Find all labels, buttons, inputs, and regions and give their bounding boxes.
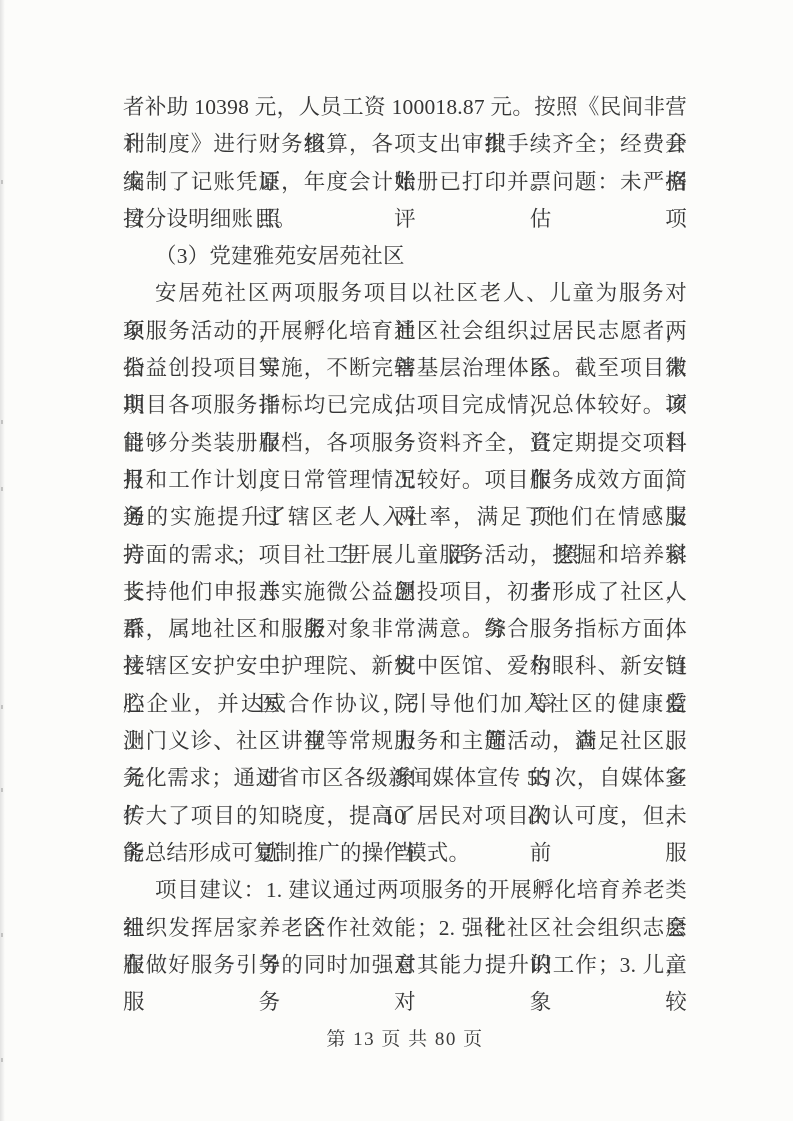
text-line: 报和工作计划，日常管理情况较好。项目服务成效方面，通过两项服	[123, 462, 687, 499]
scan-speck	[1, 788, 3, 792]
text-line: 编制了记账凭证，年度会计账册已打印并。问题：未严格按照评估项	[123, 164, 687, 201]
text-line: 项服务活动的开展孵化培育社区社会组织、居民志愿者，指导辖区微	[123, 313, 687, 350]
scan-speck	[1, 180, 3, 184]
text-line: 系，属地社区和服务对象非常满意。综合服务指标方面，社工机构链	[123, 611, 687, 648]
text-line: 项目建议：1. 建议通过两项服务的开展孵化培育养老类社区社会	[123, 872, 687, 909]
text-line: 方面的需求；项目社工开展儿童服务活动，挖掘和培养家长志愿者，	[123, 537, 687, 574]
text-line: 计制度》进行财务核算，各项支出审批手续齐全；经费开支原始票据	[123, 126, 687, 163]
scan-speck	[1, 933, 3, 937]
text-line: 者补助 10398 元，人员工资 100018.87 元。按照《民间非营利组织会	[123, 89, 687, 126]
scan-speck	[1, 487, 3, 491]
scan-speck	[1, 420, 3, 424]
text-line: 组织发挥居家养老合作社效能；2. 强化社区社会组织志愿服务意识，	[123, 910, 687, 947]
text-line: 在做好服务引导的同时加强对其能力提升的工作；3. 儿童服务对象较	[123, 947, 687, 984]
document-body: 者补助 10398 元，人员工资 100018.87 元。按照《民间非营利组织会…	[123, 89, 687, 984]
scan-speck	[1, 705, 3, 709]
text-line: 心企业，并达成合作协议，引导他们加入社区的健康监测、视力筛查、	[123, 686, 687, 723]
scan-speck	[1, 1058, 3, 1062]
text-line: 支持他们申报并实施微公益创投项目，初步形成了社区人群服务体	[123, 574, 687, 611]
text-line: 接辖区安护安中护理院、新安中医馆、爱尔眼科、新安口腔医院等爱	[123, 648, 687, 685]
text-line: 扩大了项目的知晓度，提高了居民对项目的认可度，但未能就当前服	[123, 798, 687, 835]
text-line: 项目各项服务指标均已完成，项目完成情况总体较好。项目服务资料	[123, 387, 687, 424]
text-line: 务的实施提升了辖区老人入社率，满足了他们在情感支持、生活照料	[123, 499, 687, 536]
scan-edge-artifact	[0, 0, 5, 1121]
text-line: 安居苑社区两项服务项目以社区老人、儿童为服务对象，通过两	[123, 275, 687, 312]
document-page: 者补助 10398 元，人员工资 100018.87 元。按照《民间非营利组织会…	[0, 0, 793, 1121]
page-number-footer: 第 13 页 共 80 页	[123, 1024, 687, 1056]
text-line: 公益创投项目实施，不断完善基层治理体系。截至项目末期评估，该	[123, 350, 687, 387]
text-line: 元化需求；通过省市区各级新闻媒体宣传 55 次，自媒体宣传 10 次，	[123, 760, 687, 797]
text-line: 能够分类装册存档，各项服务资料齐全，且定期提交项目月度工作简	[123, 425, 687, 462]
section-heading-line: （3）党建雅苑安居苑社区	[123, 238, 687, 275]
text-line: 上门义诊、社区讲堂等常规服务和主题活动，满足社区服务对象的多	[123, 723, 687, 760]
